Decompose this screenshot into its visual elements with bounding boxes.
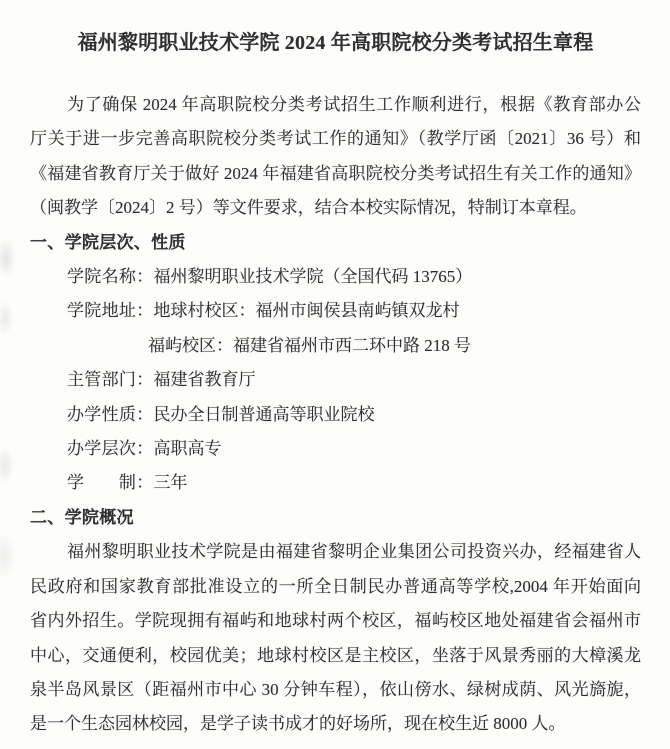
overview-line: 是一个生态园林校园，是学子读书成才的好场所，现在校生近 8000 人。 <box>30 707 641 741</box>
section-1-heading: 一、学院层次、性质 <box>30 226 641 260</box>
info-value: 地球村校区：福州市闽侯县南屿镇双龙村 <box>154 301 460 320</box>
document-body: 为了确保 2024 年高职院校分类考试招生工作顺利进行，根据《教育部办公 厅关于… <box>30 88 641 742</box>
info-label: 学院地址： <box>67 301 154 320</box>
info-row-study-length: 学 制：三年 <box>30 466 641 500</box>
intro-line: 厅关于进一步完善高职院校分类考试工作的通知》（教学厅函〔2021〕36 号）和 <box>30 122 641 156</box>
info-value: 民办全日制普通高等职业院校 <box>154 405 375 424</box>
info-row-school-nature: 办学性质：民办全日制普通高等职业院校 <box>30 398 641 432</box>
info-label: 学 制： <box>67 473 154 492</box>
section-2-heading: 二、学院概况 <box>30 501 641 535</box>
overview-line: 泉半岛风景区（距福州市中心 30 分钟车程），依山傍水、绿树成荫、风光旖旎， <box>30 673 641 707</box>
info-row-college-address: 学院地址：地球村校区：福州市闽侯县南屿镇双龙村 <box>30 294 641 328</box>
info-row-supervisor: 主管部门：福建省教育厅 <box>30 363 641 397</box>
info-row-school-level: 办学层次：高职高专 <box>30 432 641 466</box>
info-row-college-address-cont: 福屿校区：福建省福州市西二环中路 218 号 <box>30 329 641 363</box>
intro-line: 为了确保 2024 年高职院校分类考试招生工作顺利进行，根据《教育部办公 <box>30 88 641 122</box>
info-row-college-name: 学院名称：福州黎明职业技术学院（全国代码 13765） <box>30 260 641 294</box>
info-value: 福州黎明职业技术学院（全国代码 13765） <box>154 267 473 286</box>
info-value: 三年 <box>154 473 188 492</box>
overview-line: 省内外招生。学院现拥有福屿和地球村两个校区，福屿校区地处福建省会福州市 <box>30 604 641 638</box>
info-label: 办学性质： <box>67 405 154 424</box>
info-label: 学院名称： <box>67 267 154 286</box>
intro-line: （闽教学〔2024〕2 号）等文件要求，结合本校实际情况，特制订本章程。 <box>30 191 641 225</box>
overview-line: 福州黎明职业技术学院是由福建省黎明企业集团公司投资兴办，经福建省人 <box>30 535 641 569</box>
intro-line: 《福建省教育厅关于做好 2024 年福建省高职院校分类考试招生有关工作的通知》 <box>30 157 641 191</box>
info-label: 主管部门： <box>67 370 154 389</box>
overview-line: 中心，交通便利，校园优美；地球村校区是主校区，坐落于风景秀丽的大樟溪龙 <box>30 639 641 673</box>
info-value: 福屿校区：福建省福州市西二环中路 218 号 <box>148 336 471 355</box>
info-value: 福建省教育厅 <box>154 370 256 389</box>
info-value: 高职高专 <box>154 439 222 458</box>
info-label: 办学层次： <box>67 439 154 458</box>
overview-line: 民政府和国家教育部批准设立的一所全日制民办普通高等学校,2004 年开始面向 <box>30 570 641 604</box>
document-page: 福州黎明职业技术学院 2024 年高职院校分类考试招生章程 为了确保 2024 … <box>0 0 670 749</box>
document-title: 福州黎明职业技术学院 2024 年高职院校分类考试招生章程 <box>30 26 641 60</box>
